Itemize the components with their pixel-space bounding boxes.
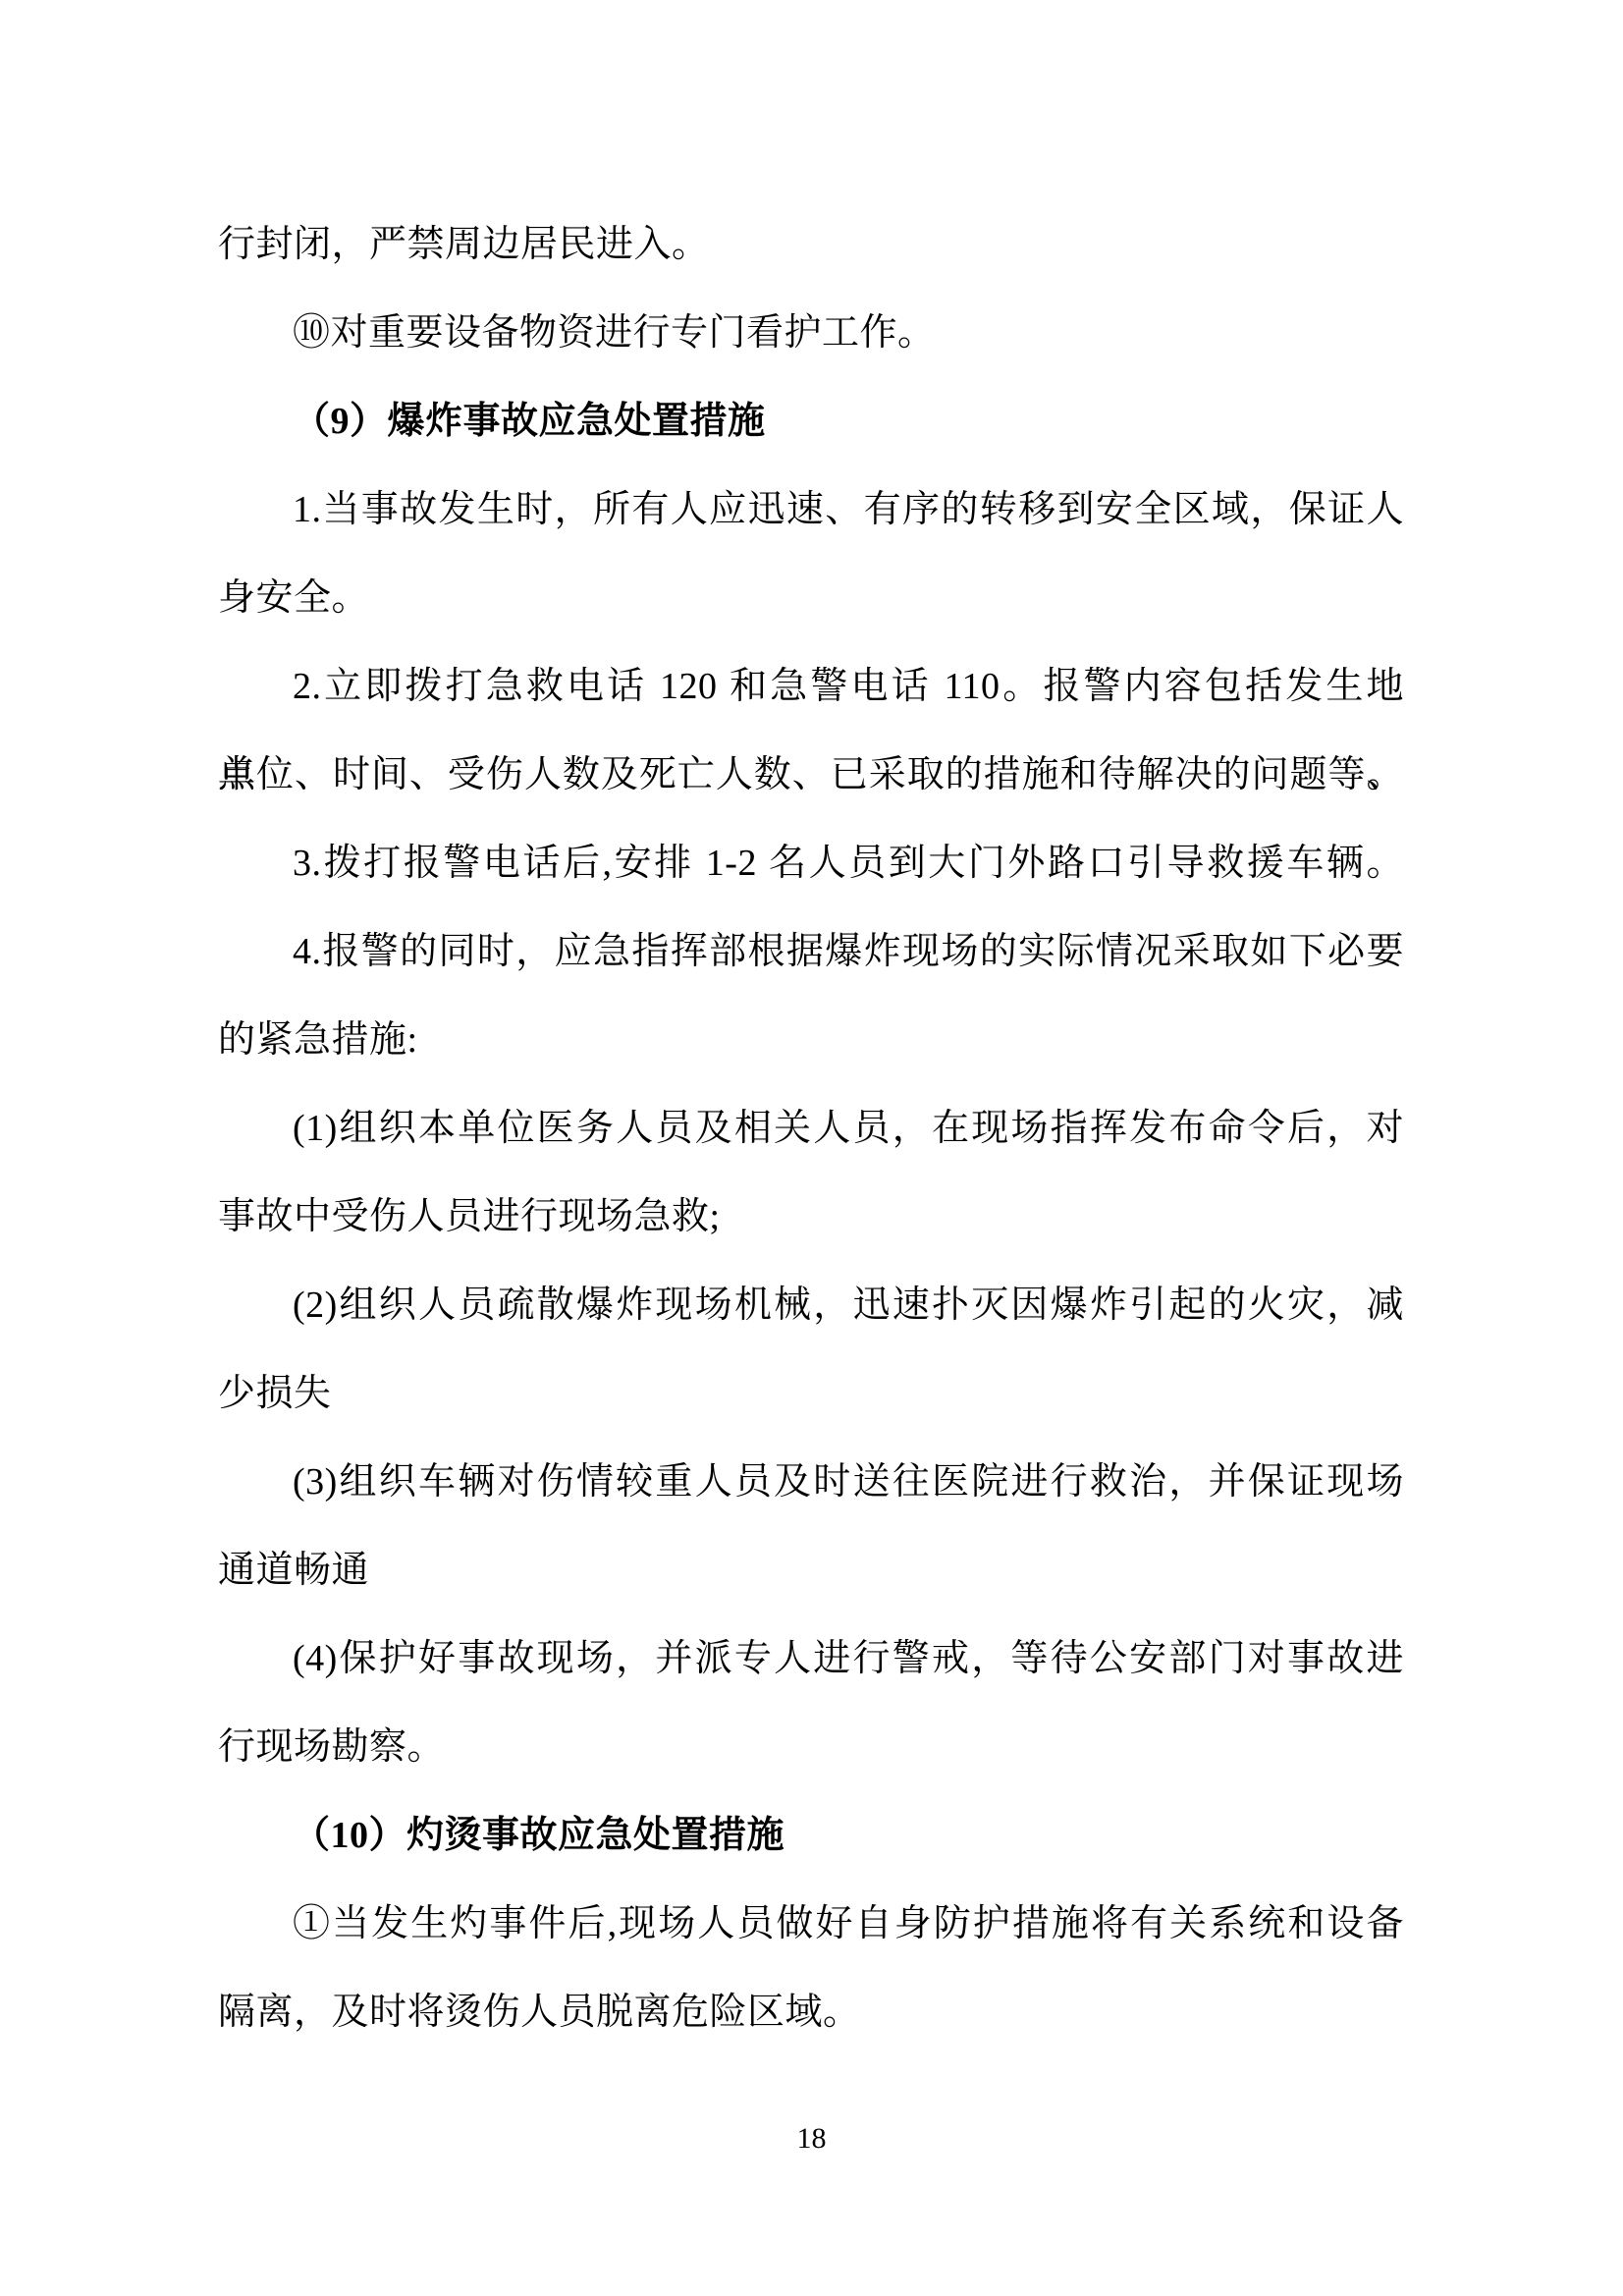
section-heading-10: （10）灼烫事故应急处置措施 <box>218 1791 1404 1880</box>
text-line: 通道畅通 <box>218 1526 1404 1614</box>
text-line: ⑩对重要设备物资进行专门看护工作。 <box>218 289 1404 377</box>
document-page: 行封闭，严禁周边居民进入。⑩对重要设备物资进行专门看护工作。（9）爆炸事故应急处… <box>0 0 1623 2296</box>
section-heading-9: （9）爆炸事故应急处置措施 <box>218 377 1404 465</box>
text-line: 单位、时间、受伤人数及死亡人数、已采取的措施和待解决的问题等。 <box>218 731 1404 819</box>
text-line: ①当发生灼事件后,现场人员做好自身防护措施将有关系统和设备 <box>218 1880 1404 1968</box>
text-line: 身安全。 <box>218 554 1404 642</box>
text-line: 行现场勘察。 <box>218 1703 1404 1791</box>
text-line: (3)组织车辆对伤情较重人员及时送往医院进行救治，并保证现场 <box>218 1438 1404 1526</box>
text-line: 少损失 <box>218 1349 1404 1438</box>
text-line: 2.立即拨打急救电话 120 和急警电话 110。报警内容包括发生地点、 <box>218 642 1404 731</box>
text-line: 事故中受伤人员进行现场急救; <box>218 1173 1404 1261</box>
text-line: 4.报警的同时，应急指挥部根据爆炸现场的实际情况采取如下必要 <box>218 907 1404 996</box>
text-line: 1.当事故发生时，所有人应迅速、有序的转移到安全区域，保证人 <box>218 465 1404 554</box>
text-line: 3.拨打报警电话后,安排 1-2 名人员到大门外路口引导救援车辆。 <box>218 819 1404 907</box>
text-line: 行封闭，严禁周边居民进入。 <box>218 200 1404 289</box>
text-line: (2)组织人员疏散爆炸现场机械，迅速扑灭因爆炸引起的火灾，减 <box>218 1261 1404 1349</box>
text-line: 隔离，及时将烫伤人员脱离危险区域。 <box>218 1968 1404 2056</box>
document-text-block: 行封闭，严禁周边居民进入。⑩对重要设备物资进行专门看护工作。（9）爆炸事故应急处… <box>218 200 1404 2056</box>
page-number: 18 <box>0 2119 1623 2159</box>
text-line: (4)保护好事故现场，并派专人进行警戒，等待公安部门对事故进 <box>218 1614 1404 1703</box>
text-line: (1)组织本单位医务人员及相关人员，在现场指挥发布命令后，对 <box>218 1084 1404 1173</box>
text-line: 的紧急措施: <box>218 996 1404 1084</box>
